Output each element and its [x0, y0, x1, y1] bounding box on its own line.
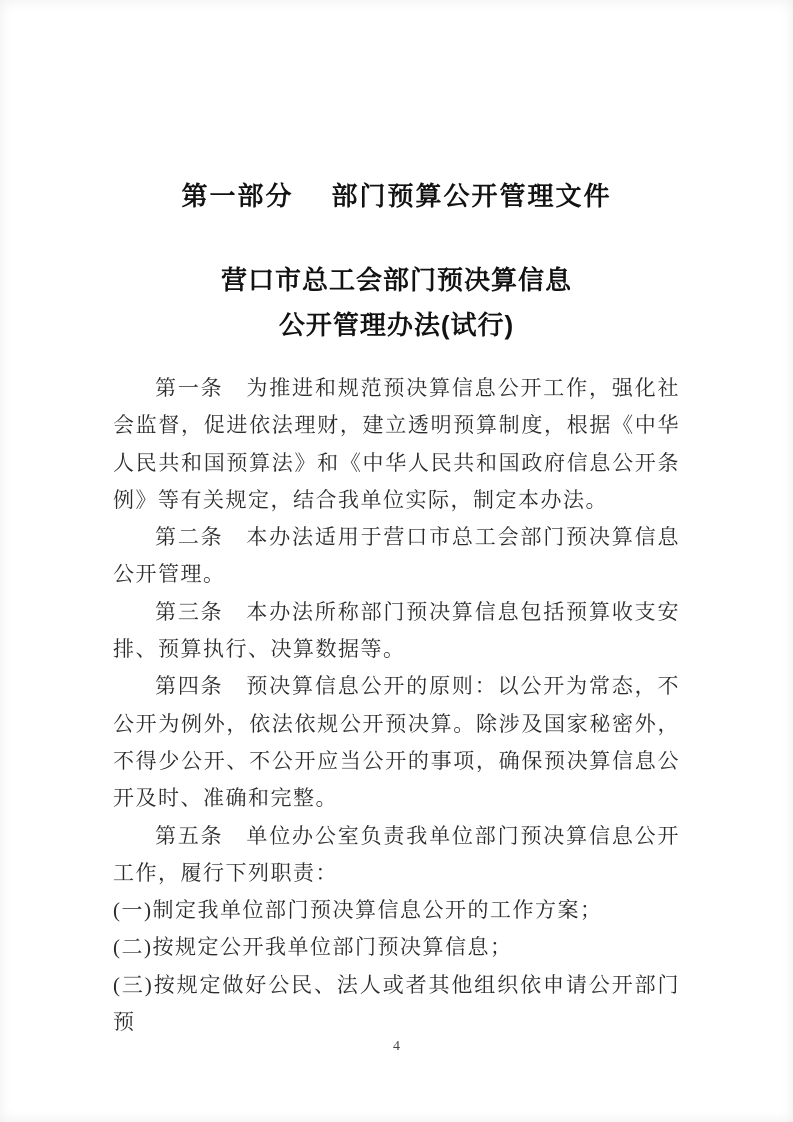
article-paragraph-1: 第一条 为推进和规范预决算信息公开工作，强化社会监督，促进依法理财，建立透明预算… [113, 370, 680, 519]
article-paragraph-4: 第四条 预决算信息公开的原则：以公开为常态，不公开为例外，依法依规公开预决算。除… [113, 668, 680, 817]
document-title: 营口市总工会部门预决算信息 公开管理办法(试行) [0, 258, 793, 348]
document-title-line2: 公开管理办法(试行) [0, 303, 793, 348]
article-paragraph-3: 第三条 本办法所称部门预决算信息包括预算收支安排、预算执行、决算数据等。 [113, 594, 680, 669]
list-item-paragraph-2: (二)按规定公开我单位部门预决算信息； [113, 929, 680, 966]
document-body: 第一条 为推进和规范预决算信息公开工作，强化社会监督，促进依法理财，建立透明预算… [113, 370, 680, 1041]
article-paragraph-5: 第五条 单位办公室负责我单位部门预决算信息公开工作，履行下列职责： [113, 818, 680, 893]
part-title: 第一部分部门预算公开管理文件 [0, 176, 793, 213]
list-item-paragraph-1: (一)制定我单位部门预决算信息公开的工作方案； [113, 892, 680, 929]
document-title-line1: 营口市总工会部门预决算信息 [0, 258, 793, 303]
page-number: 4 [0, 1039, 793, 1055]
document-page: 第一部分部门预算公开管理文件 营口市总工会部门预决算信息 公开管理办法(试行) … [0, 0, 793, 1122]
list-item-paragraph-3: (三)按规定做好公民、法人或者其他组织依申请公开部门预 [113, 967, 680, 1042]
part-title-text: 部门预算公开管理文件 [332, 181, 612, 211]
article-paragraph-2: 第二条 本办法适用于营口市总工会部门预决算信息公开管理。 [113, 519, 680, 594]
part-title-label: 第一部分 [181, 181, 293, 211]
